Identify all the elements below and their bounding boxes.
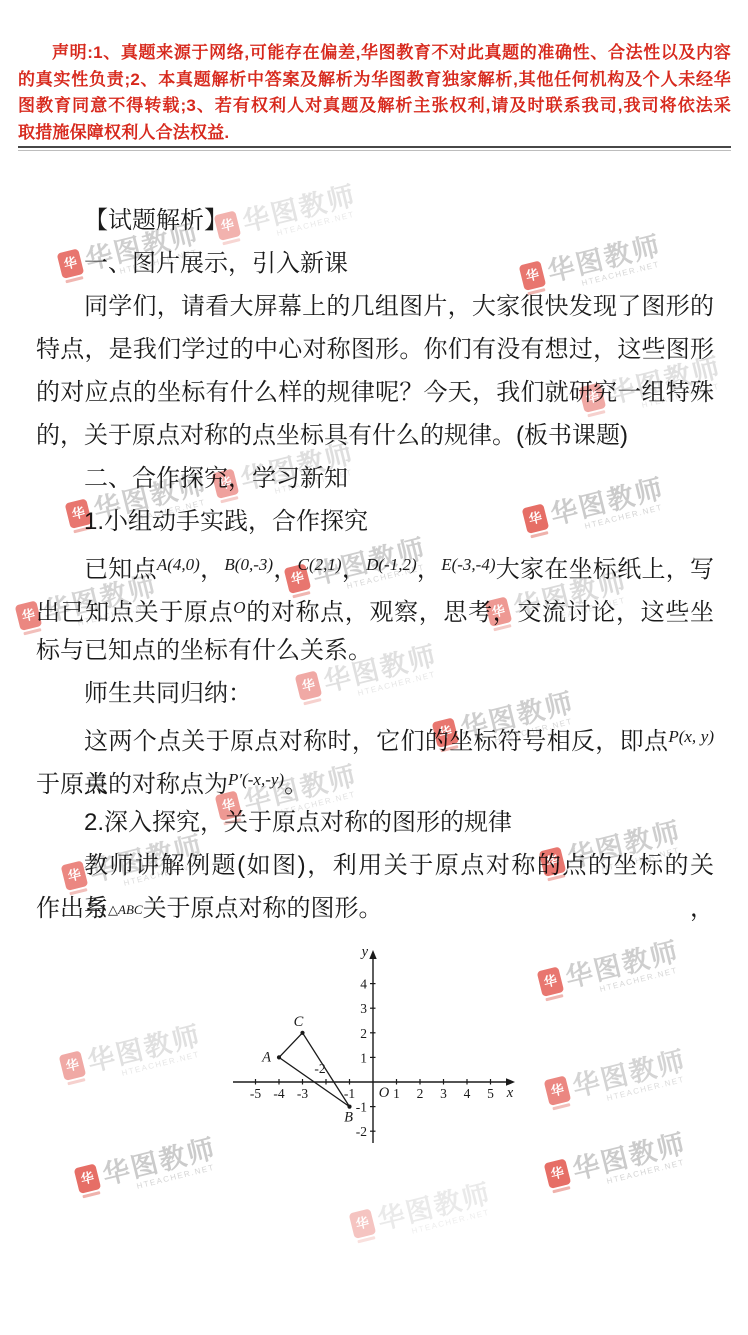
huatu-logo-icon: 华 [349,1208,377,1239]
x-tick-label: -3 [297,1086,308,1101]
text-line: 已知点A(4,0)，B(0,-3)，C(2,1)，D(-1,2)，E(-3,-4… [36,543,714,586]
disclaimer-line: 取措施保障权利人合法权益. [18,120,731,147]
math-segment: O [233,598,245,617]
x-tick-label: -2 [314,1061,325,1076]
watermark-text: 华图教师HTEACHER.NET [561,929,684,1001]
text-segment: 关于原点对称的图形。 [143,895,383,922]
text-line: 这两个点关于原点对称时，它们的坐标符号相反，即点P(x, y)关 [36,715,714,758]
disclaimer-line: 的真实性负责;2、本真题解析中答案及解析为华图教育独家解析,其他任何机构及个人未… [18,67,731,94]
math-segment: C(2,1) [298,555,342,574]
text-line: 特点，是我们学过的中心对称图形。你们有没有想过，这些图形 [36,328,714,371]
x-tick-label: 5 [487,1086,494,1101]
x-tick-label: 2 [417,1086,424,1101]
watermark: 华华图教师HTEACHER.NET [535,929,685,1007]
vertex-label: B [344,1110,353,1126]
text-segment: 2.深入探究，关于原点对称的图形的规律 [84,809,512,836]
y-tick-label: 1 [360,1050,367,1065]
vertex-dot [300,1031,304,1035]
watermark-text: 华图教师HTEACHER.NET [83,1013,206,1085]
watermark-brand: 华图教师 [98,1126,220,1192]
huatu-logo-icon: 华 [59,1050,87,1081]
x-axis-name: x [506,1085,514,1101]
watermark: 华华图教师HTEACHER.NET [542,1121,692,1199]
text-segment: 二、合作探究，学习新知 [84,465,348,492]
text-segment: 标与已知点的坐标有什么关系。 [36,637,372,664]
text-segment: 一、图片展示，引入新课 [84,250,348,277]
vertex-label: A [261,1049,271,1065]
x-tick-label: -1 [344,1086,355,1101]
huatu-logo-icon: 华 [537,966,565,997]
vertex-dot [347,1105,351,1109]
text-segment: 出已知点关于原点 [36,599,233,626]
text-segment: 的对称点，观察，思考，交流讨论，这些坐 [246,599,714,626]
disclaimer-line: 图教育同意不得转载;3、若有权利人对真题及解析主张权利,请及时联系我司,我司将依… [18,93,731,120]
y-tick-label: 2 [360,1026,367,1041]
math-segment: B(0,-3) [224,555,273,574]
text-line: 于原点的对称点为P′(-x,-y)。 [36,758,714,801]
math-segment: A(4,0) [157,555,200,574]
text-segment: 于原点的对称点为 [36,771,228,798]
vertex-dot [277,1055,281,1059]
watermark-text: 华图教师HTEACHER.NET [373,1171,496,1243]
text-segment: 。 [284,771,308,798]
watermark-brand: 华图教师 [83,1013,205,1079]
y-tick-label: 4 [360,977,367,992]
text-segment: 这两个点关于原点对称时，它们的坐标符号相反，即点 [84,728,668,755]
watermark: 华华图教师HTEACHER.NET [542,1038,692,1116]
watermark-domain: HTEACHER.NET [599,964,685,994]
watermark-text: 华图教师HTEACHER.NET [98,1126,221,1198]
text-segment: 的对应点的坐标有什么样的规律呢？今天，我们就研究一组特殊 [36,379,714,406]
text-segment: 的，关于原点对称的点坐标具有什么的规律。(板书课题) [36,422,628,449]
text-line: 出已知点关于原点O的对称点，观察，思考，交流讨论，这些坐 [36,586,714,629]
math-segment: E(-3,-4) [441,555,495,574]
y-tick-label: -1 [356,1100,367,1115]
text-segment: 特点，是我们学过的中心对称图形。你们有没有想过，这些图形 [36,336,714,363]
text-segment: 【试题解析】 [84,207,228,234]
watermark-text: 华图教师HTEACHER.NET [568,1121,691,1193]
text-segment: ， [200,556,225,583]
math-segment: P(x, y) [668,727,714,746]
y-tick-label: 3 [360,1001,367,1016]
text-segment: 1.小组动手实践，合作探究 [84,508,368,535]
math-segment: P′(-x,-y) [228,770,284,789]
math-segment: △ABC [108,902,143,917]
disclaimer-text: 1、真题来源于网络,可能存在偏差,华图教育不对此真题的准确性、合法性以及内容 [93,43,731,62]
watermark-domain: HTEACHER.NET [136,1161,222,1191]
watermark: 华华图教师HTEACHER.NET [347,1171,497,1249]
x-tick-label: -5 [250,1086,261,1101]
huatu-logo-icon: 华 [544,1075,572,1106]
text-line: 的对应点的坐标有什么样的规律呢？今天，我们就研究一组特殊 [36,371,714,414]
x-tick-label: 4 [464,1086,471,1101]
text-line: 同学们，请看大屏幕上的几组图片，大家很快发现了图形的 [36,285,714,328]
text-line: 教师讲解例题(如图)，利用关于原点对称的点的坐标的关系， [36,844,714,887]
coordinate-figure: -5-4-3-2-1123454321-1-2OxyACB [222,942,522,1150]
watermark-domain: HTEACHER.NET [411,1206,497,1236]
watermark-domain: HTEACHER.NET [606,1073,692,1103]
text-line: 【试题解析】 [36,199,714,242]
origin-label: O [379,1085,390,1101]
y-axis-arrow [369,950,376,959]
text-line: 的，关于原点对称的点坐标具有什么的规律。(板书课题) [36,414,714,457]
text-line: 2.深入探究，关于原点对称的图形的规律 [36,801,714,844]
disclaimer-label: 声明: [52,43,93,62]
watermark-brand: 华图教师 [568,1121,690,1187]
watermark-brand: 华图教师 [568,1038,690,1104]
x-tick-label: 1 [393,1086,400,1101]
y-tick-label: -2 [356,1124,367,1139]
huatu-logo-icon: 华 [74,1163,102,1194]
text-segment: 同学们，请看大屏幕上的几组图片，大家很快发现了图形的 [84,293,714,320]
text-line: 标与已知点的坐标有什么关系。 [36,629,714,672]
logo-subtext [357,1236,375,1243]
x-tick-label: 3 [440,1086,447,1101]
vertex-label: C [294,1014,304,1030]
watermark: 华华图教师HTEACHER.NET [72,1126,222,1204]
watermark-brand: 华图教师 [373,1171,495,1237]
text-segment: 大家在坐标纸上，写 [495,556,714,583]
watermark-domain: HTEACHER.NET [121,1048,207,1078]
text-segment: ， [342,556,367,583]
math-segment: D(-1,2) [366,555,417,574]
text-segment: ， [417,556,442,583]
watermark: 华华图教师HTEACHER.NET [57,1013,207,1091]
watermark-domain: HTEACHER.NET [606,1156,692,1186]
text-line: 师生共同归纳： [36,672,714,715]
text-segment: 作出与 [36,895,108,922]
text-line: 二、合作探究，学习新知 [36,457,714,500]
disclaimer: 声明:1、真题来源于网络,可能存在偏差,华图教育不对此真题的准确性、合法性以及内… [18,40,731,146]
logo-subtext [552,1186,570,1193]
disclaimer-line: 声明:1、真题来源于网络,可能存在偏差,华图教育不对此真题的准确性、合法性以及内… [18,40,731,67]
logo-subtext [545,994,563,1001]
document-page: 声明:1、真题来源于网络,可能存在偏差,华图教育不对此真题的准确性、合法性以及内… [0,0,748,1335]
y-axis-name: y [360,944,369,960]
text-segment: 师生共同归纳： [84,680,252,707]
text-line: 一、图片展示，引入新课 [36,242,714,285]
logo-subtext [82,1191,100,1198]
text-segment: ， [273,556,298,583]
text-segment: 已知点 [84,556,157,583]
x-tick-label: -4 [273,1086,284,1101]
logo-subtext [67,1078,85,1085]
watermark-brand: 华图教师 [561,929,683,995]
huatu-logo-icon: 华 [544,1158,572,1189]
document-body: 【试题解析】一、图片展示，引入新课同学们，请看大屏幕上的几组图片，大家很快发现了… [36,199,714,930]
separator-rule [18,146,731,151]
watermark-text: 华图教师HTEACHER.NET [568,1038,691,1110]
text-line: 1.小组动手实践，合作探究 [36,500,714,543]
logo-subtext [552,1103,570,1110]
